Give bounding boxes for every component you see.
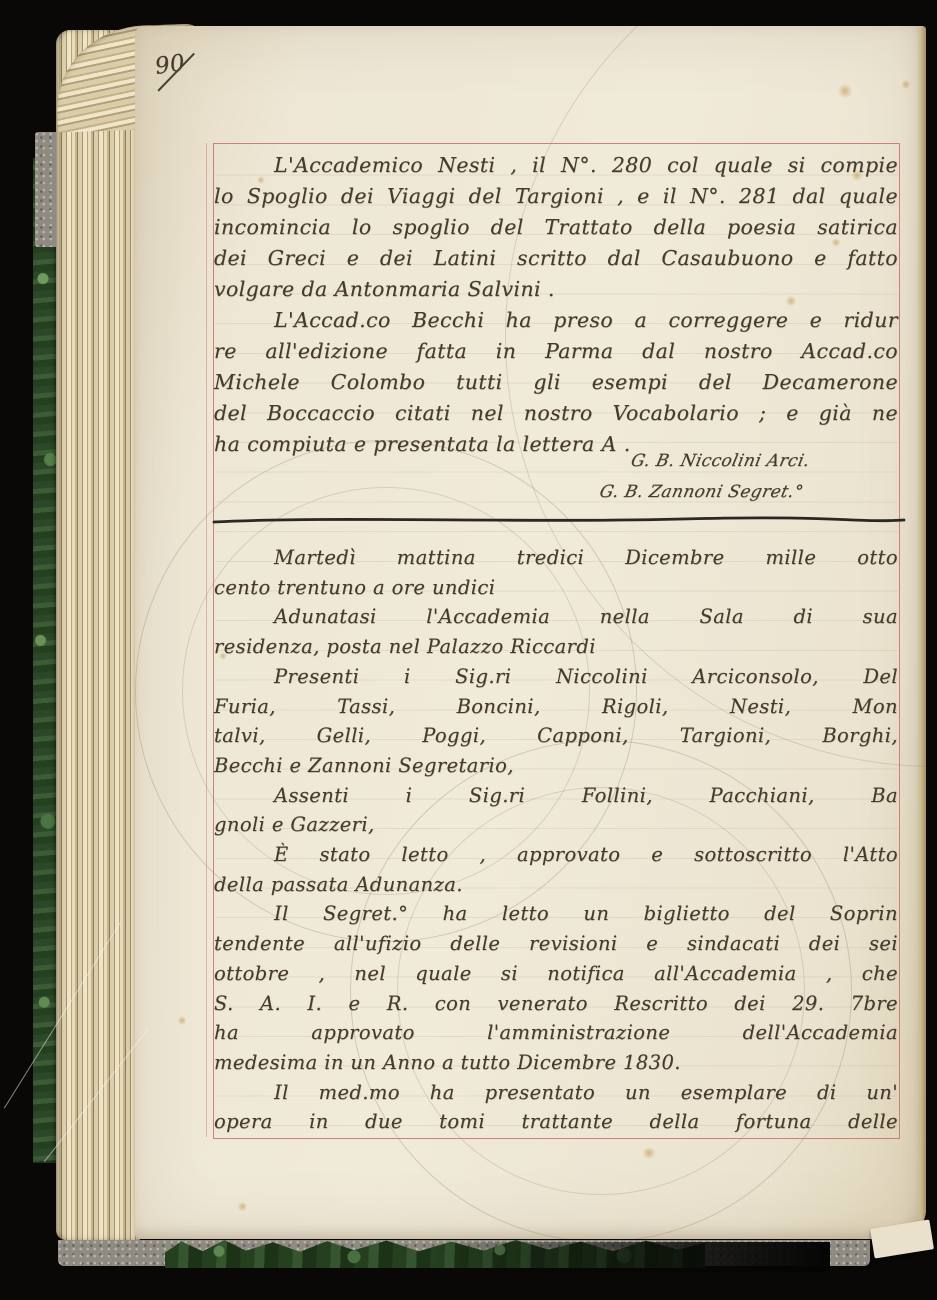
page-number: 90 — [153, 50, 186, 80]
manuscript-line: Michele Colombo tutti gli esempi del Dec… — [214, 367, 898, 398]
section-divider-line — [212, 514, 906, 526]
manuscript-line: residenza, posta nel Palazzo Riccardi — [214, 632, 898, 662]
manuscript-line: ha approvato l'amministrazione dell'Acca… — [214, 1018, 898, 1048]
marbled-cover-edge — [33, 158, 58, 1163]
manuscript-line: del Boccaccio citati nel nostro Vocabola… — [214, 398, 898, 429]
manuscript-text-block-1: L'Accademico Nesti , il N°. 280 col qual… — [214, 150, 898, 460]
manuscript-line: dei Greci e dei Latini scritto dal Casau… — [214, 243, 898, 274]
foxing-spot — [901, 80, 911, 89]
manuscript-line: lo Spoglio dei Viaggi del Targioni , e i… — [214, 181, 898, 212]
manuscript-line: cento trentuno a ore undici — [214, 573, 898, 603]
manuscript-line: È stato letto , approvato e sottoscritto… — [214, 840, 898, 870]
signature-niccolini: G. B. Niccolini Arci. — [603, 446, 813, 477]
manuscript-line: volgare da Antonmaria Salvini . — [214, 274, 898, 305]
manuscript-line: opera in due tomi trattante della fortun… — [214, 1107, 898, 1137]
manuscript-line: Furia, Tassi, Boncini, Rigoli, Nesti, Mo… — [214, 692, 898, 722]
manuscript-line: della passata Adunanza. — [214, 870, 898, 900]
manuscript-line: L'Accademico Nesti , il N°. 280 col qual… — [214, 150, 898, 181]
manuscript-line: Becchi e Zannoni Segretario, — [214, 751, 898, 781]
manuscript-line: gnoli e Gazzeri, — [214, 810, 898, 840]
manuscript-page: 90 L'Accademico Nesti , il N°. 280 col q… — [135, 26, 926, 1239]
manuscript-line: Presenti i Sig.ri Niccolini Arciconsolo,… — [214, 662, 898, 692]
manuscript-line: Adunatasi l'Accademia nella Sala di sua — [214, 602, 898, 632]
foxing-spot — [837, 84, 853, 98]
manuscript-line: Assenti i Sig.ri Follini, Pacchiani, Ba — [214, 781, 898, 811]
manuscript-line: Il Segret.° ha letto un biglietto del So… — [214, 899, 898, 929]
photo-backdrop: 90 L'Accademico Nesti , il N°. 280 col q… — [0, 0, 937, 1300]
manuscript-line: medesima in un Anno a tutto Dicembre 183… — [214, 1048, 898, 1078]
foxing-spot — [177, 1016, 187, 1025]
manuscript-line: talvi, Gelli, Poggi, Capponi, Targioni, … — [214, 721, 898, 751]
manuscript-line: S. A. I. e R. con venerato Rescritto dei… — [214, 989, 898, 1019]
manuscript-line: ottobre , nel quale si notifica all'Acca… — [214, 959, 898, 989]
signatures: G. B. Niccolini Arci. G. B. Zannoni Segr… — [596, 446, 812, 508]
red-margin-line — [206, 143, 207, 1137]
foxing-spot — [237, 1202, 248, 1211]
foxing-spot — [641, 1148, 657, 1158]
manuscript-line: Martedì mattina tredici Dicembre mille o… — [214, 543, 898, 573]
manuscript-line: Il med.mo ha presentato un esemplare di … — [214, 1078, 898, 1108]
manuscript-line: incomincia lo spoglio del Trattato della… — [214, 212, 898, 243]
manuscript-line: re all'edizione fatta in Parma dal nostr… — [214, 336, 898, 367]
page-edge-stack — [56, 30, 140, 1240]
manuscript-line: L'Accad.co Becchi ha preso a correggere … — [214, 305, 898, 336]
manuscript-line: tendente all'ufizio delle revisioni e si… — [214, 929, 898, 959]
signature-zannoni: G. B. Zannoni Segret.° — [596, 477, 806, 508]
bottom-shadow — [430, 1242, 830, 1272]
manuscript-text-block-2: Martedì mattina tredici Dicembre mille o… — [214, 543, 898, 1137]
